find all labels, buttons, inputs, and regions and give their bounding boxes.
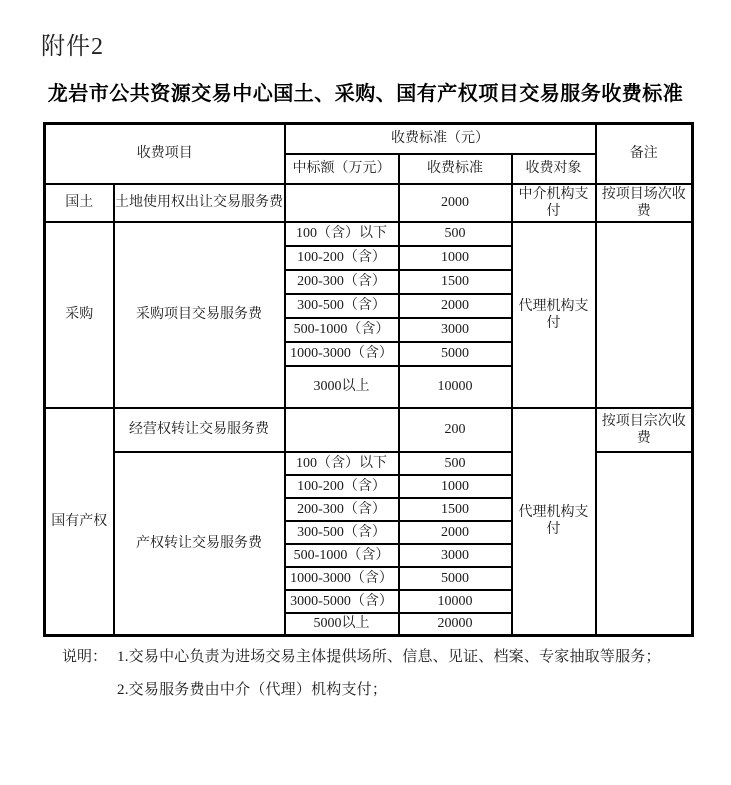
cell-procurement-category: 采购 (45, 222, 114, 408)
cell-tier-fee: 2000 (399, 521, 512, 544)
cell-tier-fee: 10000 (399, 366, 512, 408)
cell-transfer-fee-name: 产权转让交易服务费 (114, 452, 285, 636)
cell-land-category: 国土 (45, 184, 114, 222)
cell-business-rights-fee-name: 经营权转让交易服务费 (114, 408, 285, 452)
cell-tier-fee: 2000 (399, 294, 512, 318)
table-row-land: 国土 土地使用权出让交易服务费 2000 中介机构支付 按项目场次收费 (45, 184, 693, 222)
cell-tier-range: 100（含）以下 (285, 222, 399, 246)
cell-tier-range: 100-200（含） (285, 246, 399, 270)
cell-tier-range: 3000以上 (285, 366, 399, 408)
notes-label: 说明： (62, 647, 107, 701)
header-cell-remarks: 备注 (596, 124, 693, 184)
cell-land-payer: 中介机构支付 (512, 184, 596, 222)
table-row-transfer-tier-1: 产权转让交易服务费 100（含）以下 500 (45, 452, 693, 475)
cell-property-category: 国有产权 (45, 408, 114, 636)
cell-tier-range: 100（含）以下 (285, 452, 399, 475)
cell-tier-range: 500-1000（含） (285, 318, 399, 342)
cell-tier-fee: 1000 (399, 246, 512, 270)
cell-land-fee: 2000 (399, 184, 512, 222)
cell-tier-range: 500-1000（含） (285, 544, 399, 567)
cell-tier-range: 300-500（含） (285, 294, 399, 318)
cell-tier-range: 3000-5000（含） (285, 590, 399, 613)
cell-business-rights-fee: 200 (399, 408, 512, 452)
note-item-2: 2.交易服务费由中介（代理）机构支付； (117, 680, 702, 701)
cell-tier-fee: 3000 (399, 318, 512, 342)
cell-land-bid-amount (285, 184, 399, 222)
header-cell-fee-payer: 收费对象 (512, 154, 596, 184)
cell-tier-fee: 3000 (399, 544, 512, 567)
cell-property-payer: 代理机构支付 (512, 408, 596, 636)
cell-tier-range: 200-300（含） (285, 270, 399, 294)
cell-transfer-remark (596, 452, 693, 636)
cell-procurement-fee-name: 采购项目交易服务费 (114, 222, 285, 408)
cell-tier-fee: 5000 (399, 342, 512, 366)
cell-tier-range: 1000-3000（含） (285, 567, 399, 590)
cell-tier-fee: 500 (399, 222, 512, 246)
cell-business-rights-remark: 按项目宗次收费 (596, 408, 693, 452)
cell-procurement-payer: 代理机构支付 (512, 222, 596, 408)
notes-section: 说明： 1.交易中心负责为进场交易主体提供场所、信息、见证、档案、专家抽取等服务… (62, 647, 702, 701)
cell-procurement-remark (596, 222, 693, 408)
notes-items: 1.交易中心负责为进场交易主体提供场所、信息、见证、档案、专家抽取等服务； 2.… (117, 647, 702, 701)
cell-land-fee-name: 土地使用权出让交易服务费 (114, 184, 285, 222)
table-row-procurement-tier-1: 采购 采购项目交易服务费 100（含）以下 500 代理机构支付 (45, 222, 693, 246)
table-header-row-1: 收费项目 收费标准（元） 备注 (45, 124, 693, 154)
cell-land-remark: 按项目场次收费 (596, 184, 693, 222)
cell-tier-range: 100-200（含） (285, 475, 399, 498)
cell-tier-fee: 5000 (399, 567, 512, 590)
header-cell-bid-amount: 中标额（万元） (285, 154, 399, 184)
header-cell-fee-standard-group: 收费标准（元） (285, 124, 596, 154)
cell-tier-range: 300-500（含） (285, 521, 399, 544)
header-cell-fee-item: 收费项目 (45, 124, 285, 184)
page-title: 龙岩市公共资源交易中心国土、采购、国有产权项目交易服务收费标准 (0, 77, 731, 106)
fee-standard-table: 收费项目 收费标准（元） 备注 中标额（万元） 收费标准 收费对象 国土 土地使… (43, 122, 694, 637)
attachment-label: 附件2 (41, 0, 731, 61)
cell-tier-range: 5000以上 (285, 613, 399, 636)
cell-tier-range: 200-300（含） (285, 498, 399, 521)
cell-tier-range: 1000-3000（含） (285, 342, 399, 366)
header-cell-fee-standard: 收费标准 (399, 154, 512, 184)
cell-business-rights-bid-amount (285, 408, 399, 452)
note-item-1: 1.交易中心负责为进场交易主体提供场所、信息、见证、档案、专家抽取等服务； (117, 647, 702, 668)
document-page: 附件2 龙岩市公共资源交易中心国土、采购、国有产权项目交易服务收费标准 收费项目… (0, 0, 731, 785)
cell-tier-fee: 20000 (399, 613, 512, 636)
table-row-business-rights: 国有产权 经营权转让交易服务费 200 代理机构支付 按项目宗次收费 (45, 408, 693, 452)
cell-tier-fee: 500 (399, 452, 512, 475)
cell-tier-fee: 10000 (399, 590, 512, 613)
cell-tier-fee: 1500 (399, 270, 512, 294)
cell-tier-fee: 1000 (399, 475, 512, 498)
cell-tier-fee: 1500 (399, 498, 512, 521)
